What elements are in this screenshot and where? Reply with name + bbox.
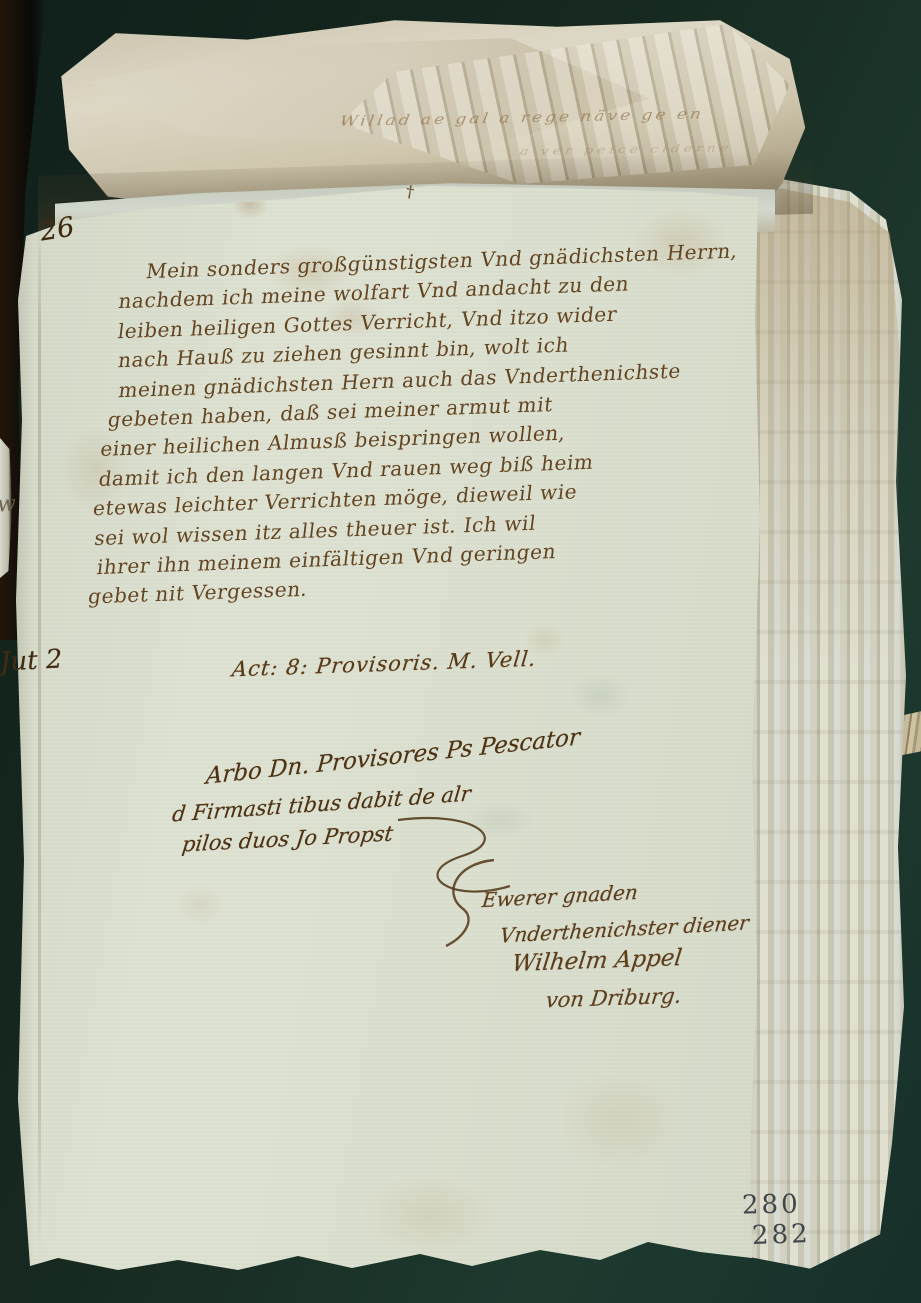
page-fold-crease bbox=[38, 215, 41, 1260]
edge-pencil-letter: w bbox=[0, 491, 17, 517]
archive-number-bottom: 282 bbox=[751, 1219, 811, 1251]
margin-note: Jut 2 bbox=[0, 644, 63, 677]
signature-place: von Driburg. bbox=[545, 984, 683, 1013]
manuscript-photo: Willad ae gal a rege näve ge en a ver pe… bbox=[0, 0, 921, 1303]
archive-number-top: 280 bbox=[742, 1189, 801, 1220]
folio-number: 26 bbox=[38, 212, 77, 248]
letter-body: Mein sonders großgünstigsten Vnd gnädich… bbox=[78, 235, 781, 613]
